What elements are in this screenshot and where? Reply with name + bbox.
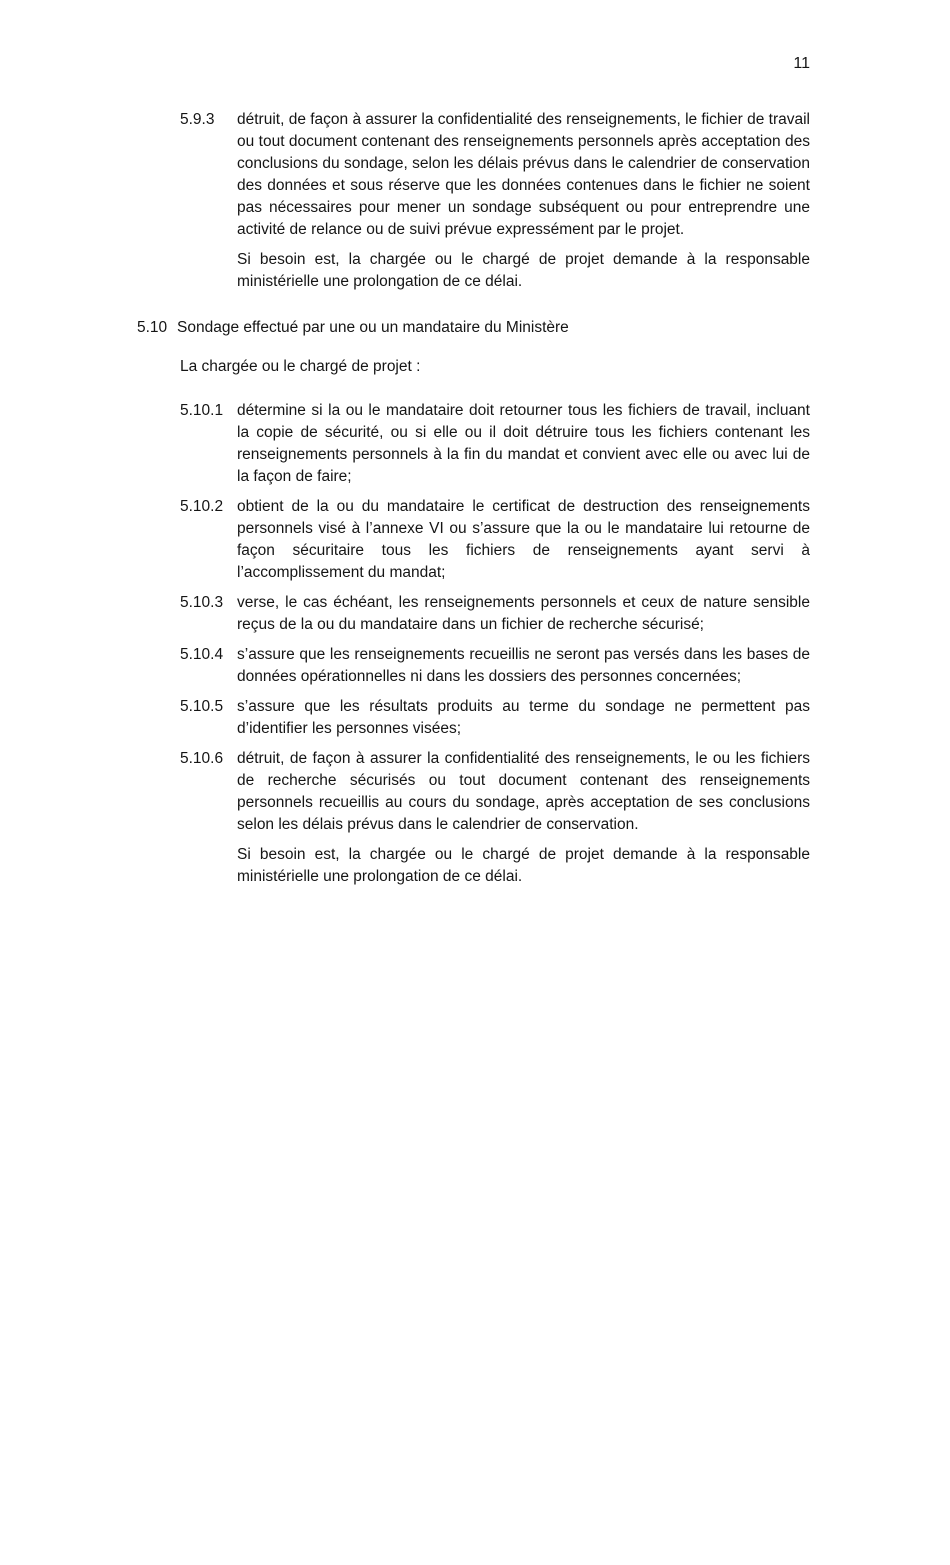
item-number: 5.10.6	[180, 748, 237, 836]
item-text: détermine si la ou le mandataire doit re…	[237, 400, 810, 488]
item-text: s’assure que les résultats produits au t…	[237, 696, 810, 740]
intro-paragraph: La chargée ou le chargé de projet :	[180, 356, 810, 378]
item-number: 5.10.5	[180, 696, 237, 740]
item-number: 5.10.2	[180, 496, 237, 584]
item-number: 5.10.1	[180, 400, 237, 488]
document-page: 11 5.9.3 détruit, de façon à assurer la …	[0, 0, 950, 1565]
section-item-5-10-3: 5.10.3 verse, le cas échéant, les rensei…	[137, 592, 810, 636]
section-item-5-10-5: 5.10.5 s’assure que les résultats produi…	[137, 696, 810, 740]
item-text: détruit, de façon à assurer la confident…	[237, 748, 810, 836]
note-paragraph: Si besoin est, la chargée ou le chargé d…	[237, 249, 810, 293]
item-text: s’assure que les renseignements recueill…	[237, 644, 810, 688]
item-text: obtient de la ou du mandataire le certif…	[237, 496, 810, 584]
item-text: verse, le cas échéant, les renseignement…	[237, 592, 810, 636]
item-number: 5.10.3	[180, 592, 237, 636]
section-heading-5-10: 5.10 Sondage effectué par une ou un mand…	[137, 317, 810, 339]
section-item-5-10-2: 5.10.2 obtient de la ou du mandataire le…	[137, 496, 810, 584]
heading-number: 5.10	[137, 317, 177, 339]
item-text: détruit, de façon à assurer la confident…	[237, 109, 810, 241]
item-number: 5.10.4	[180, 644, 237, 688]
section-item-5-10-6: 5.10.6 détruit, de façon à assurer la co…	[137, 748, 810, 836]
page-number: 11	[0, 53, 810, 75]
item-number: 5.9.3	[180, 109, 237, 241]
document-content: 5.9.3 détruit, de façon à assurer la con…	[137, 109, 810, 896]
section-item-5-9-3: 5.9.3 détruit, de façon à assurer la con…	[137, 109, 810, 241]
section-item-5-10-1: 5.10.1 détermine si la ou le mandataire …	[137, 400, 810, 488]
note-paragraph: Si besoin est, la chargée ou le chargé d…	[237, 844, 810, 888]
section-item-5-10-4: 5.10.4 s’assure que les renseignements r…	[137, 644, 810, 688]
heading-text: Sondage effectué par une ou un mandatair…	[177, 317, 810, 339]
